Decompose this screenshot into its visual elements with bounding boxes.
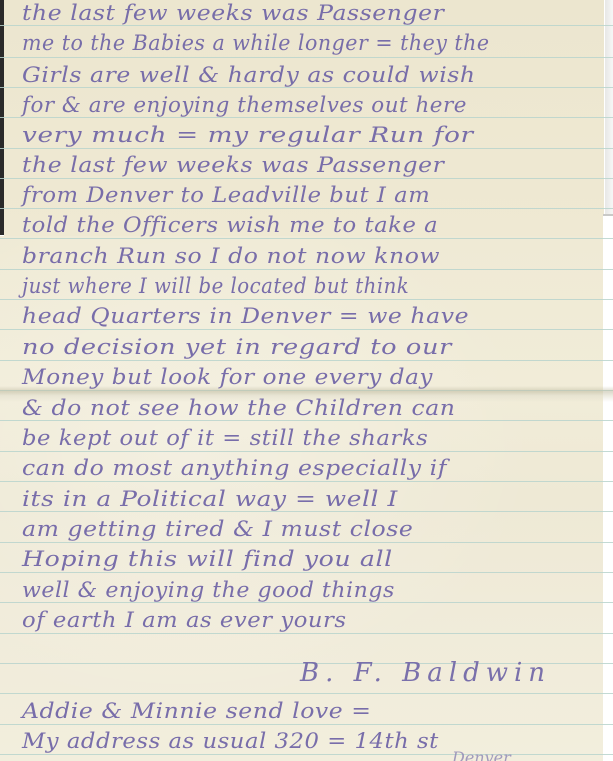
letter-line: be kept out of it = still the sharks	[22, 425, 428, 451]
ruled-line	[0, 693, 613, 694]
ruled-line	[0, 542, 613, 543]
ruled-line	[0, 208, 613, 209]
letter-line: for & are enjoying themselves out here	[22, 92, 467, 118]
ruled-line	[0, 451, 613, 452]
letter-line: very much = my regular Run for	[22, 122, 474, 148]
letter-line: the last few weeks was Passenger	[22, 0, 444, 26]
letter-line: me to the Babies a while longer = they t…	[22, 30, 490, 56]
signature: B. F. Baldwin	[300, 658, 551, 688]
postscript-line: Addie & Minnie send love =	[22, 698, 372, 724]
letter-line: of earth I am as ever yours	[22, 607, 347, 633]
cutoff-text: Denver	[452, 748, 511, 761]
ruled-line	[0, 238, 613, 239]
ruled-line	[0, 572, 613, 573]
letter-line: Girls are well & hardy as could wish	[22, 62, 476, 88]
scanner-edge-right-bottom	[603, 216, 613, 761]
letter-line: am getting tired & I must close	[22, 516, 413, 542]
letter-line: its in a Political way = well I	[22, 486, 398, 512]
letter-line: can do most anything especially if	[22, 455, 447, 481]
letter-line: Hoping this will find you all	[22, 546, 393, 572]
postscript-line: My address as usual 320 = 14th st	[22, 728, 439, 754]
scanner-edge-right-top	[605, 0, 613, 216]
ruled-line	[0, 360, 613, 361]
letter-line: & do not see how the Children can	[22, 395, 455, 421]
ruled-line	[0, 269, 613, 270]
ruled-line	[0, 633, 613, 634]
ruled-line	[0, 754, 613, 755]
letter-line: branch Run so I do not now know	[22, 243, 440, 269]
ruled-line	[0, 148, 613, 149]
letter-line: head Quarters in Denver = we have	[22, 303, 469, 329]
letter-line: Money but look for one every day	[22, 364, 433, 390]
ruled-line	[0, 724, 613, 725]
letter-line: from Denver to Leadville but I am	[22, 182, 430, 208]
letter-line: the last few weeks was Passenger	[22, 152, 444, 178]
letter-line: well & enjoying the good things	[22, 577, 395, 603]
letter-line: told the Officers wish me to take a	[22, 212, 438, 238]
ruled-line	[0, 57, 613, 58]
letter-line: just where I will be located but think	[22, 273, 409, 299]
ruled-line	[0, 299, 613, 300]
ruled-line	[0, 178, 613, 179]
ruled-line	[0, 329, 613, 330]
letter-line: no decision yet in regard to our	[22, 334, 452, 360]
scanned-letter-page: the last few weeks was Passenger me to t…	[0, 0, 613, 761]
ruled-line	[0, 481, 613, 482]
